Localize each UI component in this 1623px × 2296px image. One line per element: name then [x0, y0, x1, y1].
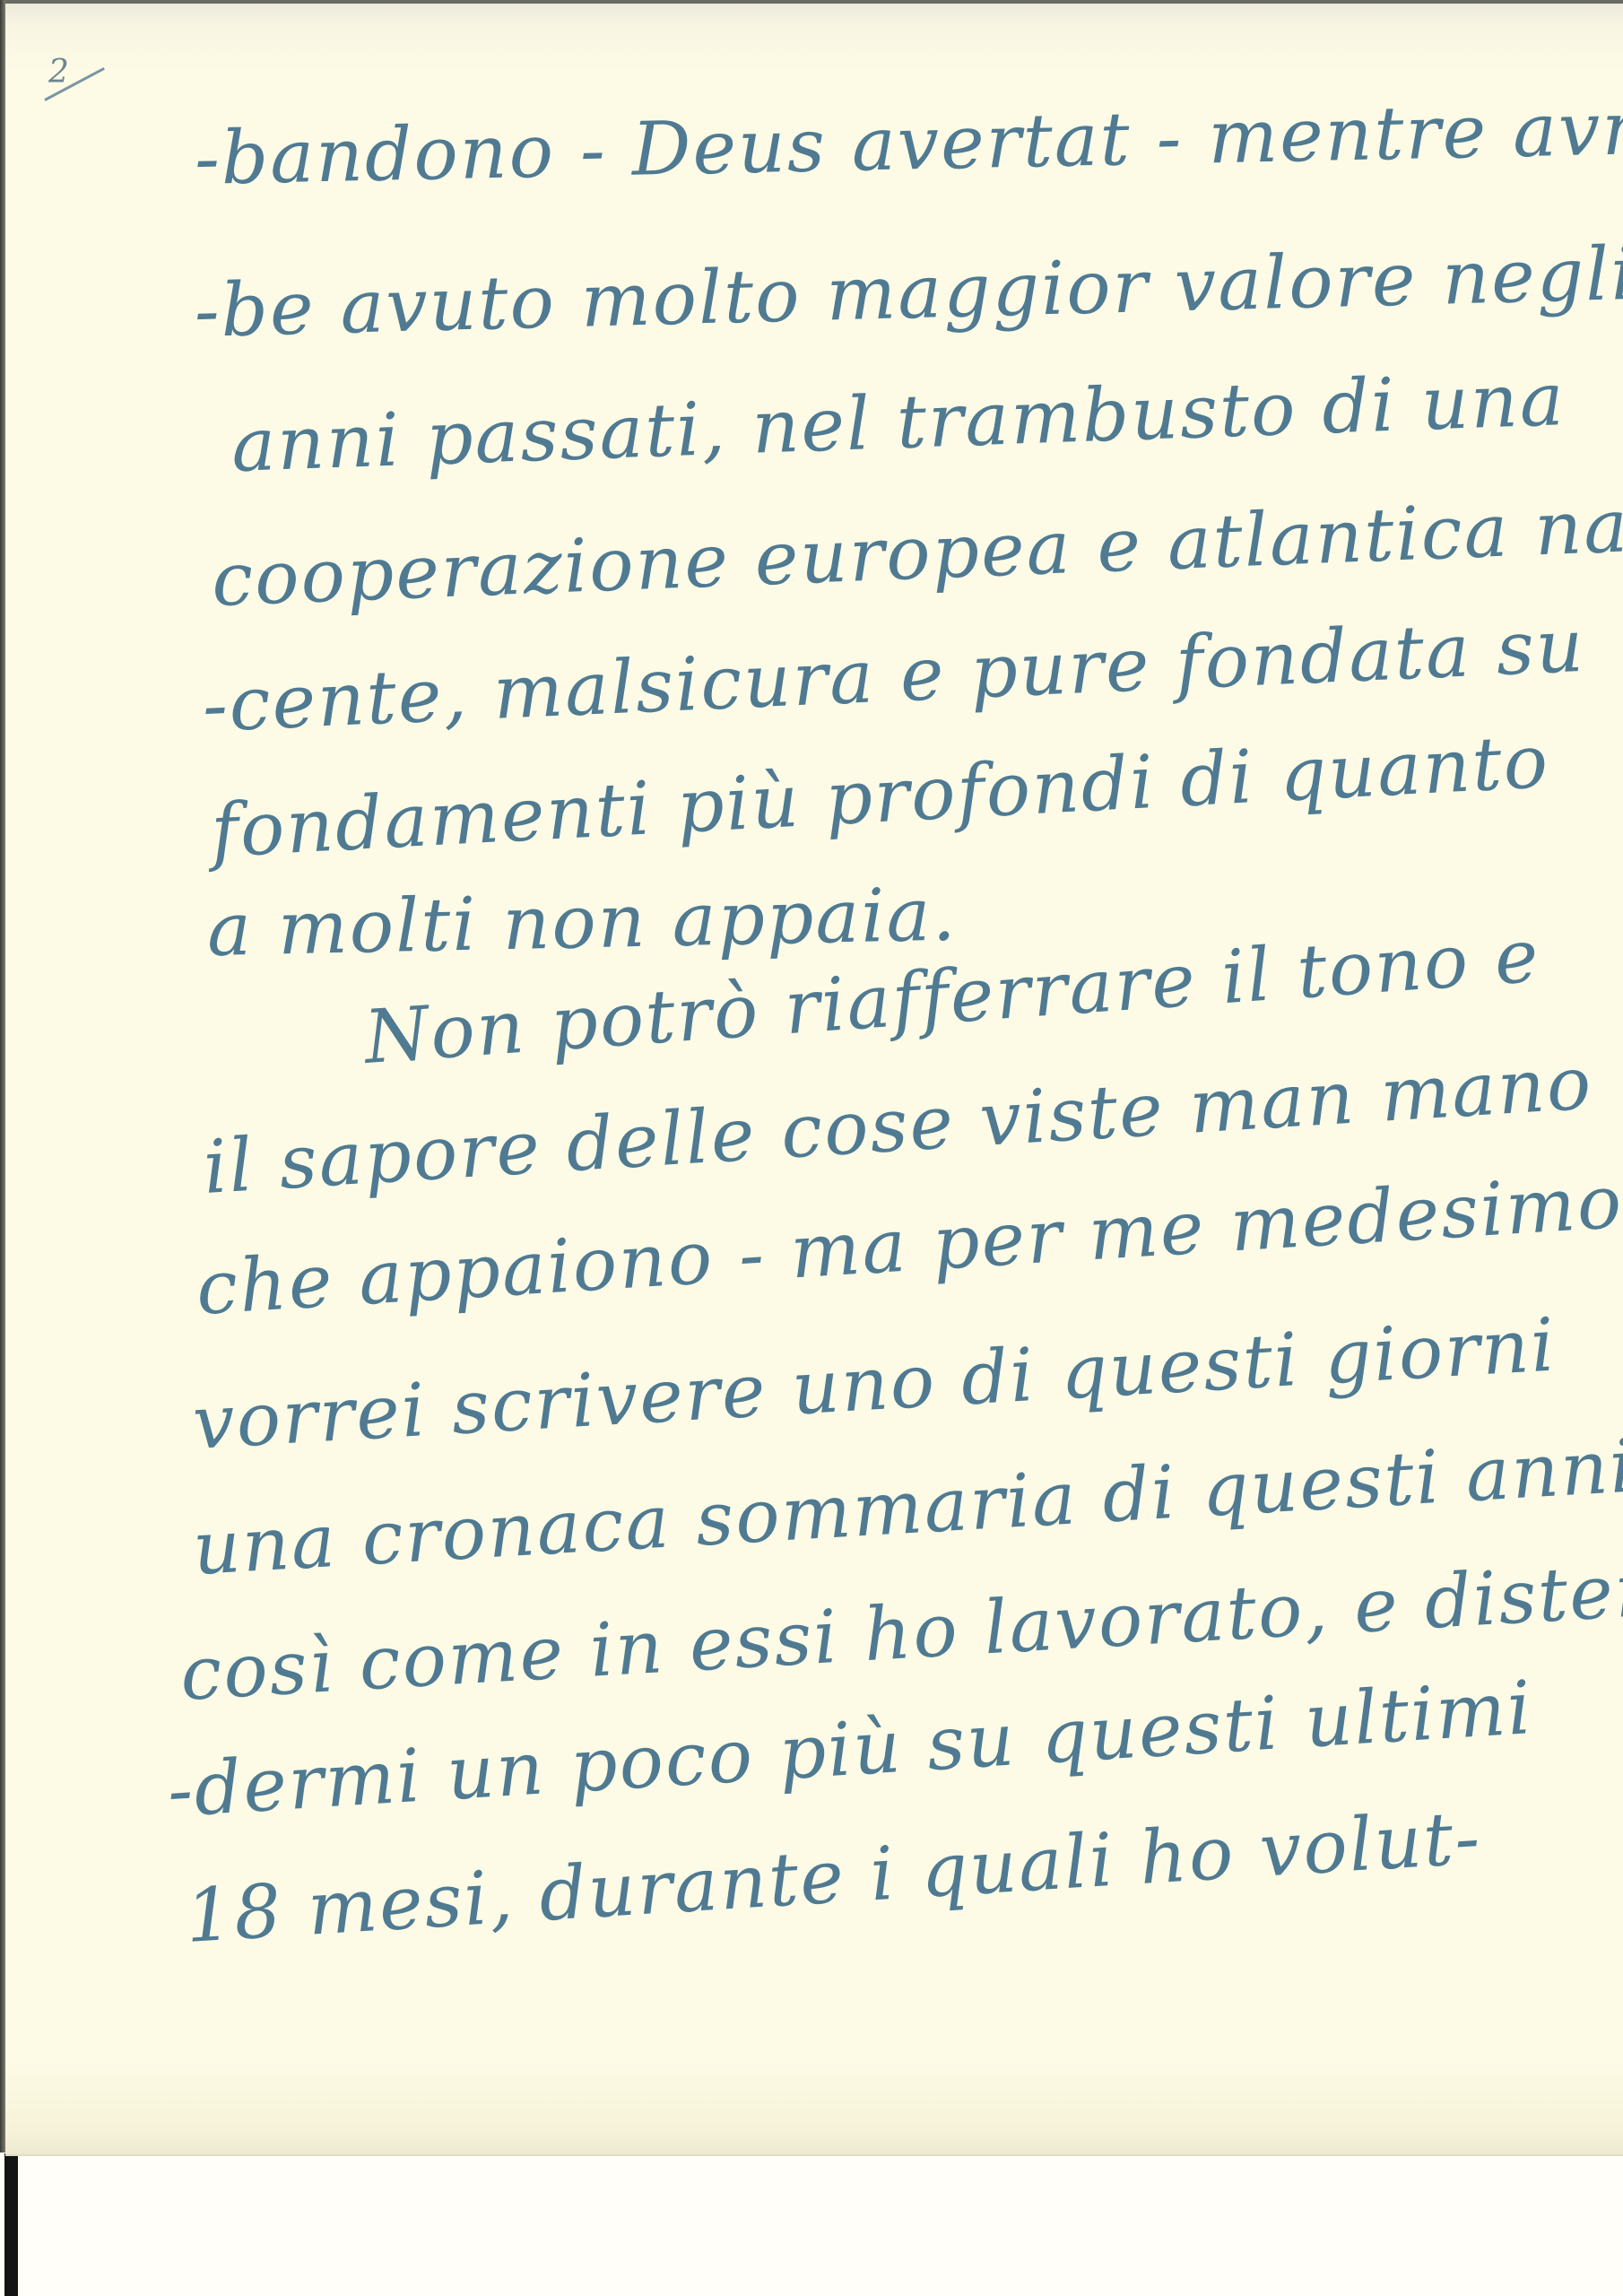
handwritten-text: -bandono - Deus avertat - mentre avreb- …: [0, 0, 1623, 2152]
scan-bottom-left-bar: [4, 2153, 18, 2296]
text-line: cooperazione europea e atlantica nas-: [210, 482, 1623, 623]
text-line: -bandono - Deus avertat - mentre avreb-: [194, 83, 1623, 202]
text-line: -be avuto molto maggior valore negli: [194, 231, 1623, 354]
text-line: a molti non appaia.: [206, 873, 958, 973]
text-line: -cente, malsicura e pure fondata su: [201, 604, 1587, 749]
text-line: fondamenti più profondi di quanto: [209, 719, 1551, 874]
scanned-page: 2 -bandono - Deus avertat - mentre avreb…: [0, 0, 1623, 2296]
text-line: anni passati, nel trambusto di una: [230, 357, 1567, 489]
